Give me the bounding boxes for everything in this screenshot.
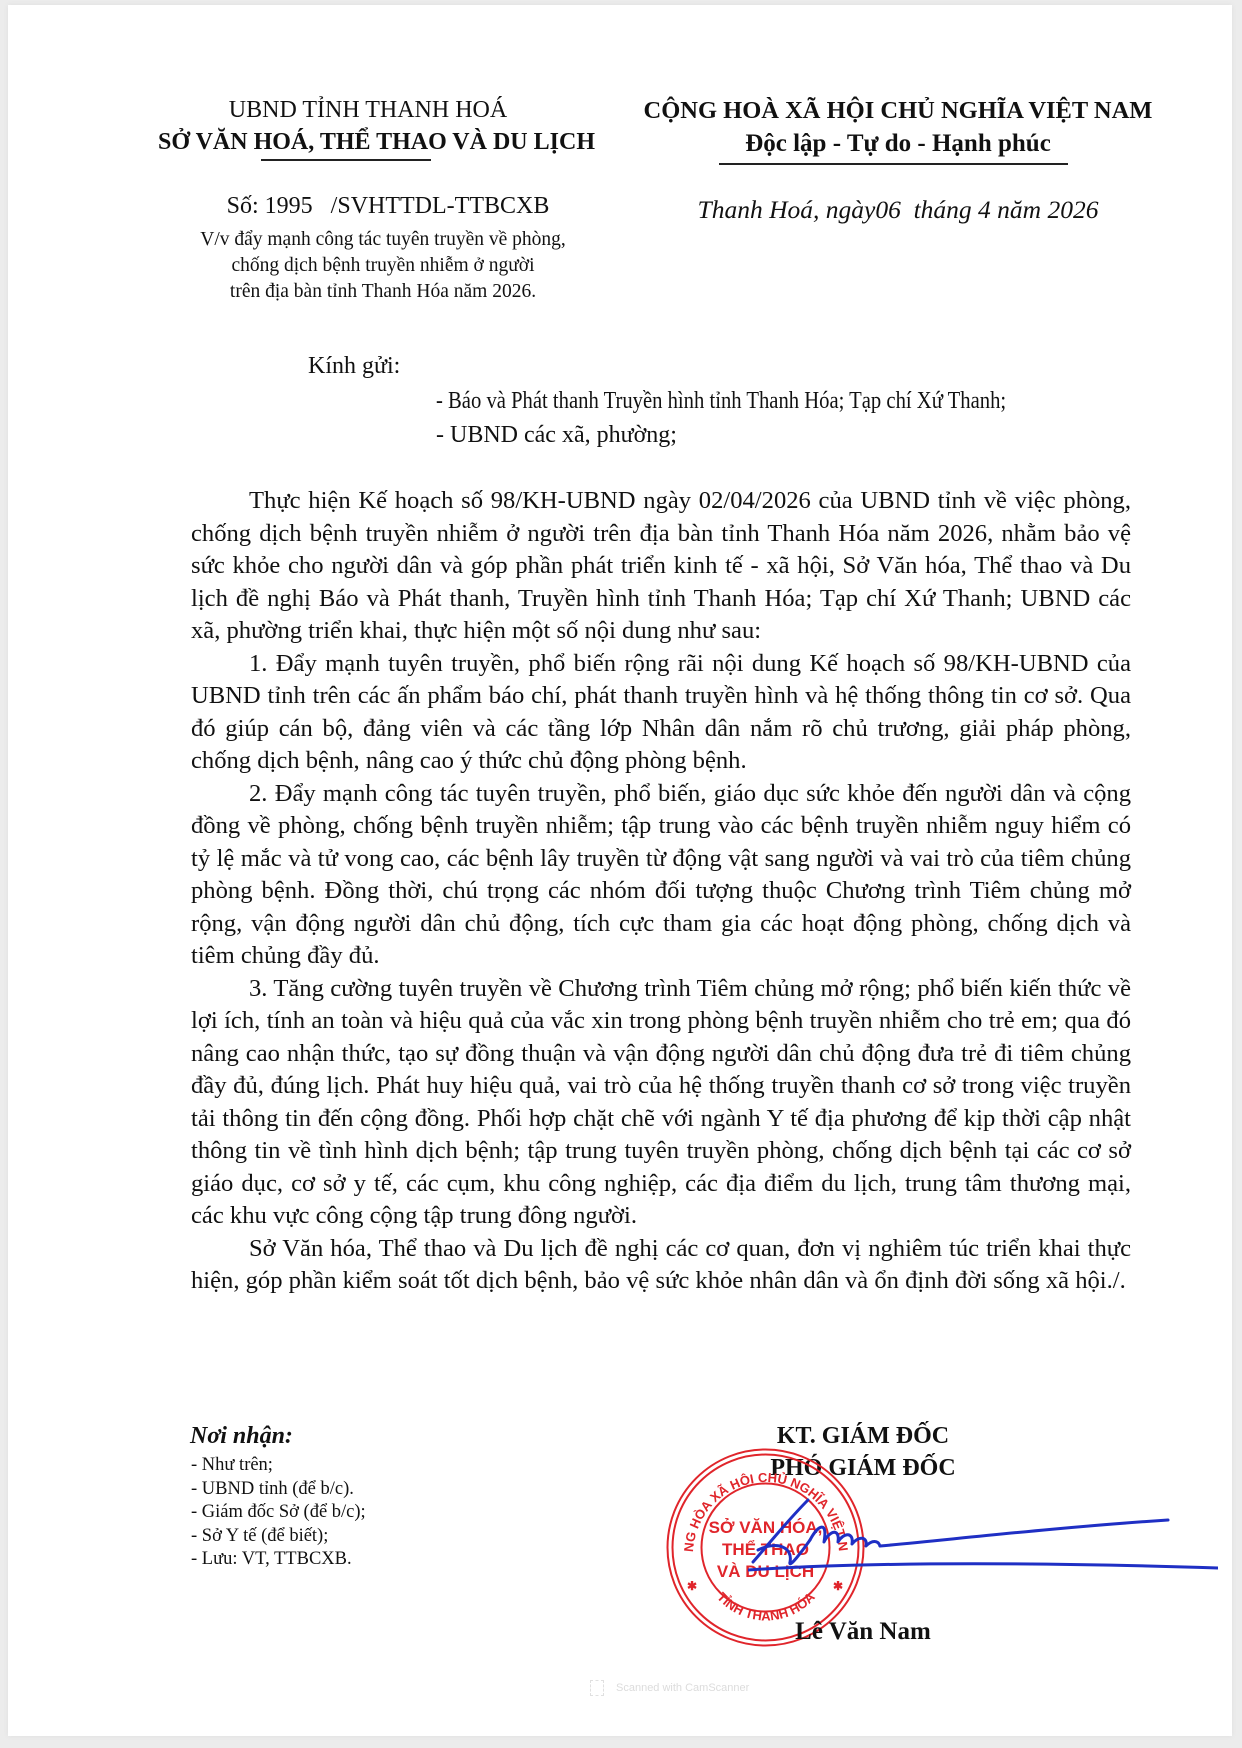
document-number: Số: 1995 /SVHTTDL-TTBCXB — [198, 193, 578, 220]
body-paragraph-intro: Thực hiện Kế hoạch số 98/KH-UBND ngày 02… — [191, 485, 1131, 648]
issuing-agency: SỞ VĂN HOÁ, THỂ THAO VÀ DU LỊCH — [158, 129, 588, 156]
svg-text:✱: ✱ — [833, 1579, 843, 1593]
scanner-logo-icon — [590, 1680, 604, 1696]
recipient-item: - Sở Y tế (để biết); — [191, 1525, 366, 1549]
document-body: Thực hiện Kế hoạch số 98/KH-UBND ngày 02… — [191, 485, 1131, 1298]
recipient-item: - Như trên; — [191, 1454, 366, 1478]
date-line: Thanh Hoá, ngày06 tháng 4 năm 2026 — [628, 195, 1168, 225]
subject-line: chống dịch bệnh truyền nhiễm ở người — [158, 253, 608, 279]
parent-agency: UBND TỈNH THANH HOÁ — [198, 97, 538, 124]
addressee-item: - Báo và Phát thanh Truyền hình tỉnh Tha… — [436, 388, 1006, 415]
body-paragraph-item-2: 2. Đẩy mạnh công tác tuyên truyền, phổ b… — [191, 778, 1131, 973]
subject-line: trên địa bàn tỉnh Thanh Hóa năm 2026. — [158, 279, 608, 305]
signer-name: Lê Văn Nam — [748, 1618, 978, 1646]
handwritten-signature-icon — [748, 1490, 1218, 1580]
recipients-title: Nơi nhận: — [190, 1423, 293, 1450]
body-paragraph-item-1: 1. Đẩy mạnh tuyên truyền, phổ biến rộng … — [191, 648, 1131, 778]
document-page: UBND TỈNH THANH HOÁ SỞ VĂN HOÁ, THỂ THAO… — [8, 5, 1232, 1736]
greeting: Kính gửi: — [308, 353, 400, 380]
recipient-item: - Lưu: VT, TTBCXB. — [191, 1548, 366, 1572]
scanner-watermark: Scanned with CamScanner — [590, 1680, 749, 1696]
subject-line: V/v đẩy mạnh công tác tuyên truyền về ph… — [158, 227, 608, 253]
svg-text:✱: ✱ — [687, 1579, 697, 1593]
body-paragraph-closing: Sở Văn hóa, Thể thao và Du lịch đề nghị … — [191, 1233, 1131, 1298]
addressee-item: - UBND các xã, phường; — [436, 422, 677, 449]
body-paragraph-item-3: 3. Tăng cường tuyên truyền về Chương trì… — [191, 973, 1131, 1233]
motto-underline — [719, 163, 1068, 165]
recipient-item: - Giám đốc Sở (để b/c); — [191, 1501, 366, 1525]
recipients-list: - Như trên; - UBND tỉnh (để b/c). - Giám… — [191, 1454, 366, 1572]
national-motto: Độc lập - Tự do - Hạnh phúc — [628, 130, 1168, 158]
recipient-item: - UBND tỉnh (để b/c). — [191, 1478, 366, 1502]
national-title: CỘNG HOÀ XÃ HỘI CHỦ NGHĨA VIỆT NAM — [628, 97, 1168, 125]
agency-underline — [261, 159, 431, 161]
document-subject: V/v đẩy mạnh công tác tuyên truyền về ph… — [158, 227, 608, 305]
